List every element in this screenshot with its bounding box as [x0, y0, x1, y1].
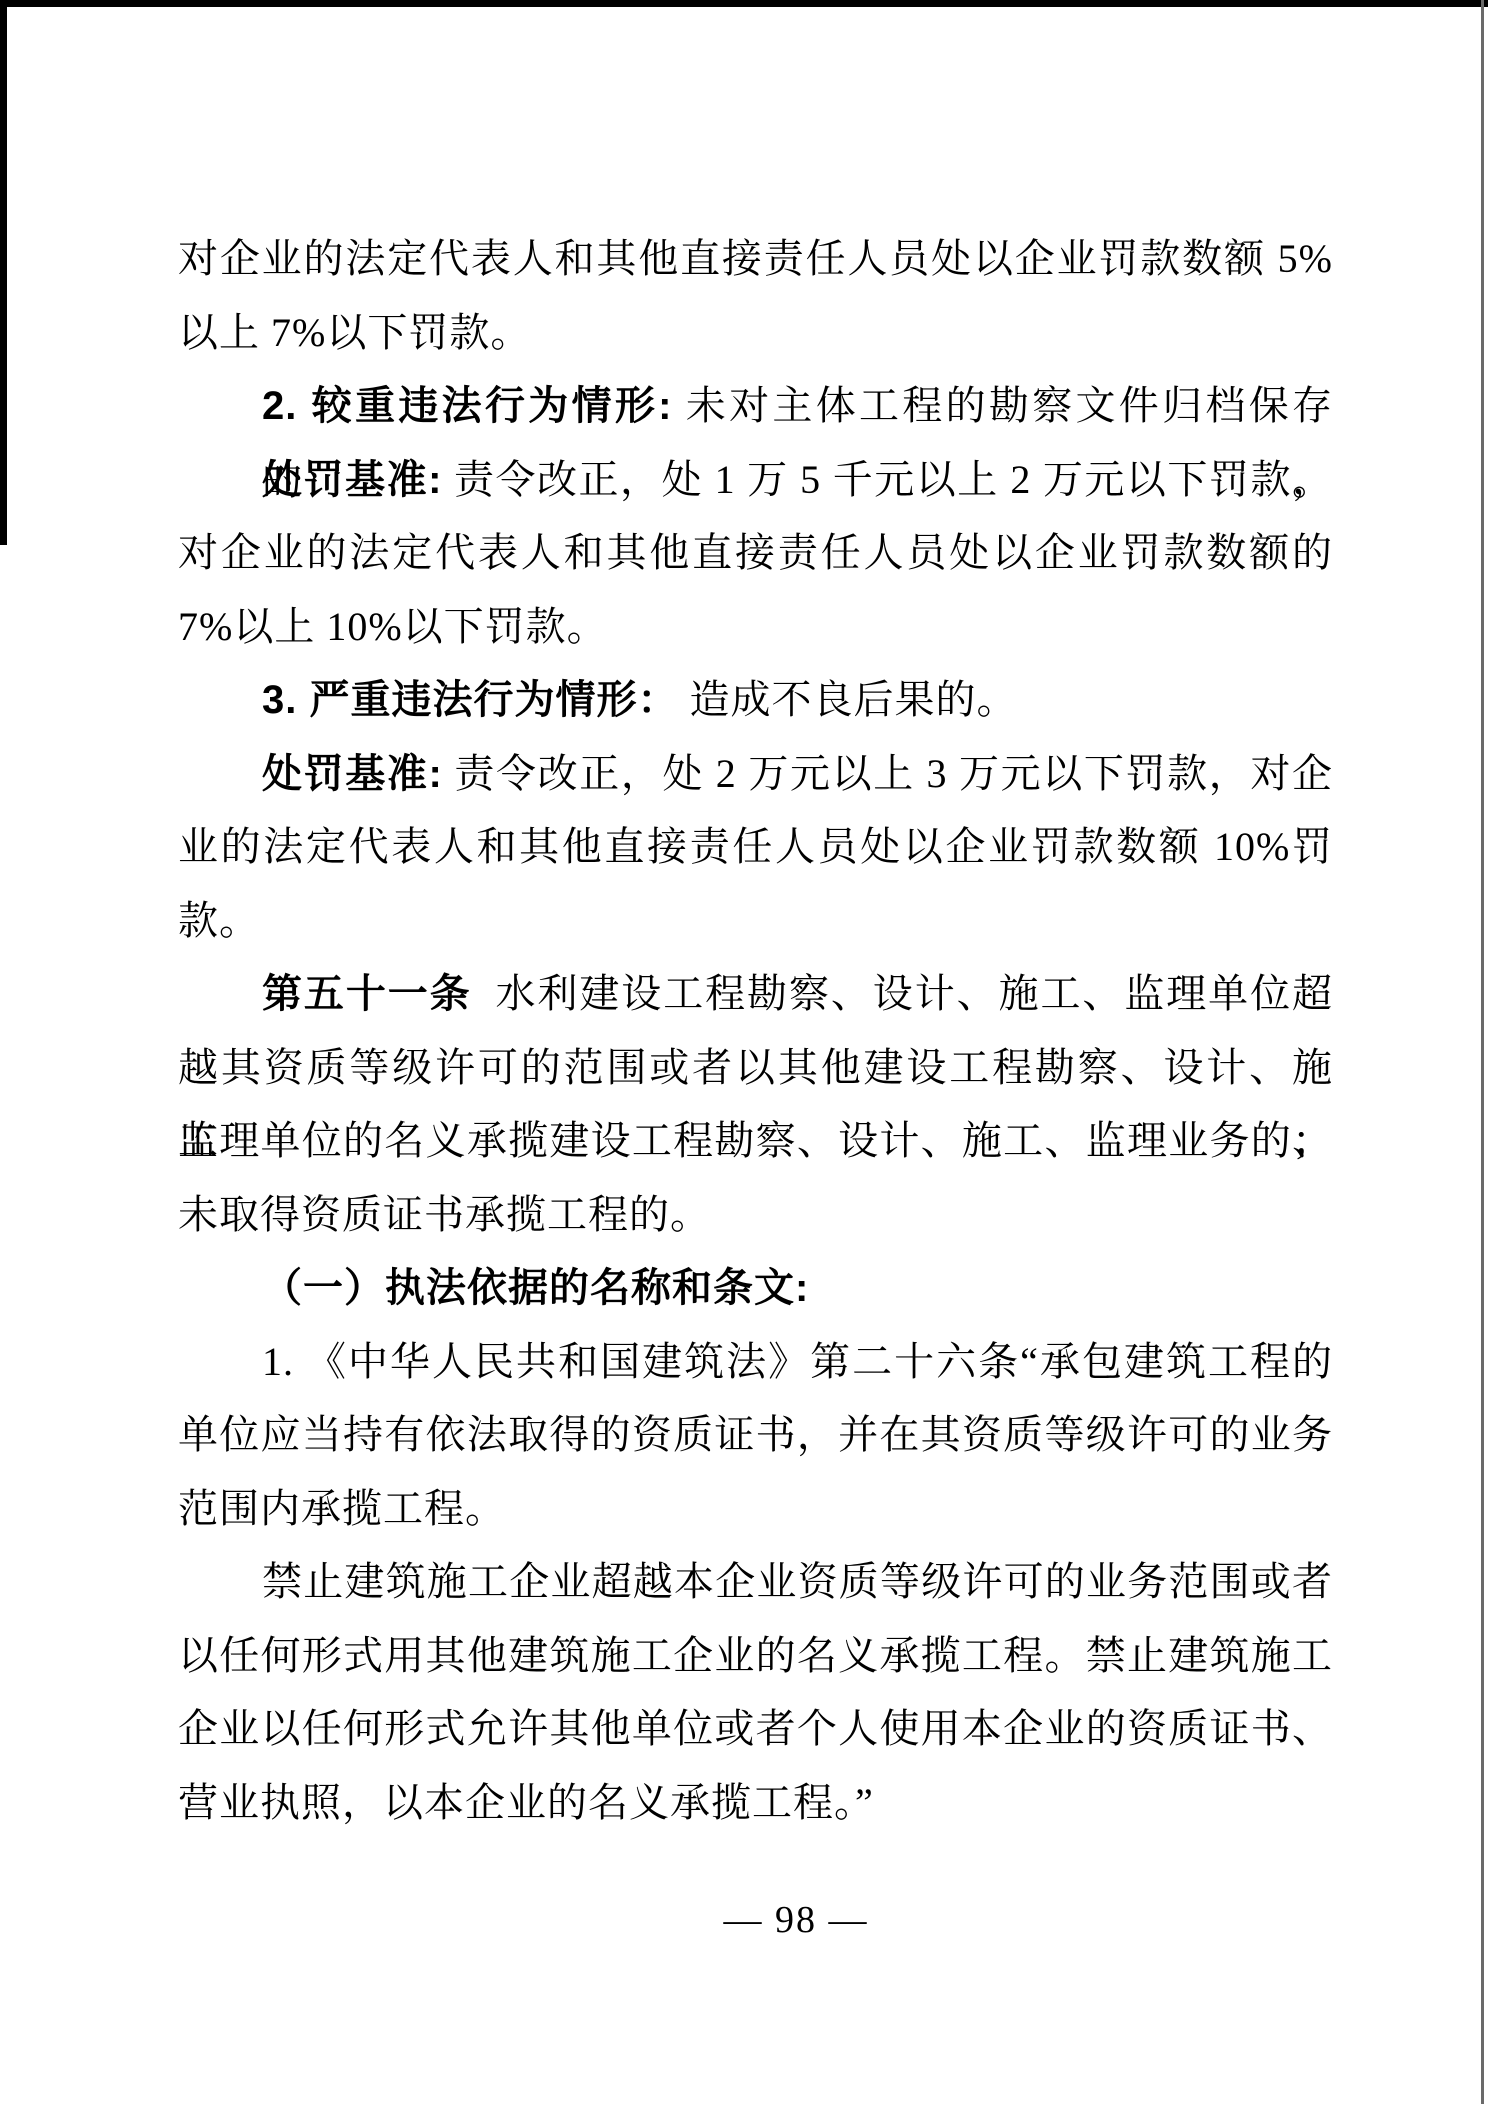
scan-border-top	[0, 0, 1488, 7]
text-line: 单位应当持有依法取得的资质证书，并在其资质等级许可的业务	[178, 1398, 1333, 1472]
text-line: 2. 较重违法行为情形: 未对主体工程的勘察文件归档保存的。	[178, 369, 1333, 443]
line-text: 单位应当持有依法取得的资质证书，并在其资质等级许可的业务	[178, 1412, 1333, 1457]
line-text: 1. 《中华人民共和国建筑法》第二十六条“承包建筑工程的	[262, 1339, 1333, 1384]
line-text: 以任何形式用其他建筑施工企业的名义承揽工程。禁止建筑施工	[178, 1633, 1333, 1678]
text-line: 以上 7%以下罚款。	[178, 296, 1333, 370]
line-text: 对企业的法定代表人和其他直接责任人员处以企业罚款数额 5%	[178, 236, 1333, 281]
line-text: 款。	[178, 898, 260, 943]
text-line: （一）执法依据的名称和条文:	[178, 1251, 1333, 1325]
text-line: 对企业的法定代表人和其他直接责任人员处以企业罚款数额的	[178, 516, 1333, 590]
text-line: 监理单位的名义承揽建设工程勘察、设计、施工、监理业务的；	[178, 1104, 1333, 1178]
text-line: 第五十一条 水利建设工程勘察、设计、施工、监理单位超	[178, 957, 1333, 1031]
text-line: 企业以任何形式允许其他单位或者个人使用本企业的资质证书、	[178, 1692, 1333, 1766]
section-heading: （一）执法依据的名称和条文:	[262, 1266, 809, 1310]
text-line: 业的法定代表人和其他直接责任人员处以企业罚款数额 10%罚	[178, 810, 1333, 884]
line-text: 业的法定代表人和其他直接责任人员处以企业罚款数额 10%罚	[178, 824, 1333, 869]
text-line: 对企业的法定代表人和其他直接责任人员处以企业罚款数额 5%	[178, 222, 1333, 296]
clause-label: 处罚基准:	[262, 458, 442, 502]
line-text: 监理单位的名义承揽建设工程勘察、设计、施工、监理业务的；	[178, 1118, 1333, 1163]
line-text: 范围内承揽工程。	[178, 1486, 506, 1531]
text-line: 越其资质等级许可的范围或者以其他建设工程勘察、设计、施工、	[178, 1031, 1333, 1105]
line-text: 责令改正，处 1 万 5 千元以上 2 万元以下罚款，	[442, 457, 1333, 502]
line-text: 造成不良后果的。	[678, 677, 1017, 722]
line-text: 禁止建筑施工企业超越本企业资质等级许可的业务范围或者	[262, 1559, 1333, 1604]
text-line: 未取得资质证书承揽工程的。	[178, 1178, 1333, 1252]
page-number: — 98 —	[724, 1898, 869, 1942]
text-line: 禁止建筑施工企业超越本企业资质等级许可的业务范围或者	[178, 1545, 1333, 1619]
text-line: 处罚基准: 责令改正，处 1 万 5 千元以上 2 万元以下罚款，	[178, 443, 1333, 517]
scan-border-left	[0, 0, 7, 545]
line-text: 水利建设工程勘察、设计、施工、监理单位超	[484, 971, 1333, 1016]
clause-label: 处罚基准:	[262, 752, 443, 796]
line-text: 对企业的法定代表人和其他直接责任人员处以企业罚款数额的	[178, 530, 1333, 575]
article-number: 第五十一条	[262, 972, 472, 1016]
line-text: 责令改正，处 2 万元以上 3 万元以下罚款，对企	[443, 751, 1333, 796]
text-line: 以任何形式用其他建筑施工企业的名义承揽工程。禁止建筑施工	[178, 1619, 1333, 1693]
body-text: 对企业的法定代表人和其他直接责任人员处以企业罚款数额 5% 以上 7%以下罚款。…	[178, 222, 1333, 1839]
scan-border-right	[1481, 0, 1484, 2104]
line-text: 以上 7%以下罚款。	[178, 310, 531, 355]
line-text: 未取得资质证书承揽工程的。	[178, 1192, 711, 1237]
text-line: 款。	[178, 884, 1333, 958]
line-text: 7%以上 10%以下罚款。	[178, 604, 608, 649]
line-text: 营业执照，以本企业的名义承揽工程。”	[178, 1780, 874, 1825]
text-line: 7%以上 10%以下罚款。	[178, 590, 1333, 664]
clause-label: 2. 较重违法行为情形:	[262, 384, 673, 428]
text-line: 范围内承揽工程。	[178, 1472, 1333, 1546]
line-text: 企业以任何形式允许其他单位或者个人使用本企业的资质证书、	[178, 1706, 1333, 1751]
text-line: 3. 严重违法行为情形： 造成不良后果的。	[178, 663, 1333, 737]
document-page: 对企业的法定代表人和其他直接责任人员处以企业罚款数额 5% 以上 7%以下罚款。…	[0, 0, 1488, 2104]
text-line: 1. 《中华人民共和国建筑法》第二十六条“承包建筑工程的	[178, 1325, 1333, 1399]
text-line: 营业执照，以本企业的名义承揽工程。”	[178, 1766, 1333, 1840]
text-line: 处罚基准: 责令改正，处 2 万元以上 3 万元以下罚款，对企	[178, 737, 1333, 811]
clause-label: 3. 严重违法行为情形：	[262, 678, 678, 722]
